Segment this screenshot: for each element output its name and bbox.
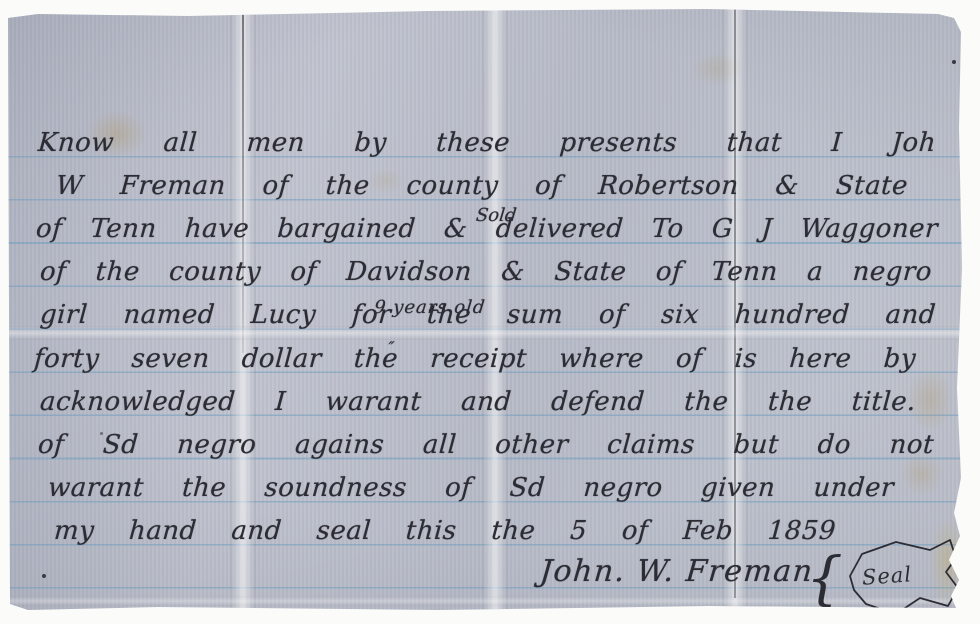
document-line: W Freman of the county of Robertson & St… bbox=[55, 169, 909, 203]
document-line: warant the soundness of Sd negro given u… bbox=[47, 471, 895, 505]
document-line: acknowledged I warant and defend the the… bbox=[39, 385, 917, 419]
document-line: forty seven dollar the receipt where of … bbox=[33, 342, 917, 376]
interlinear-insertion-sold: Sold bbox=[475, 206, 518, 226]
seal-label: Seal bbox=[861, 562, 913, 589]
paper-stain bbox=[690, 52, 744, 86]
signature: John. W. Freman bbox=[538, 552, 815, 592]
interlinear-insertion-age: 9 years old bbox=[373, 298, 487, 318]
document-line: Know all men by these presents that I Jo… bbox=[37, 126, 937, 160]
document-line: of the county of Davidson & State of Ten… bbox=[39, 255, 933, 289]
seal-brace: { bbox=[806, 540, 843, 616]
ink-speck bbox=[42, 574, 46, 578]
document-line: of Sd negro agains all other claims but … bbox=[37, 428, 935, 462]
hand-drawn-seal: { Seal bbox=[804, 534, 966, 622]
ink-speck bbox=[952, 60, 956, 64]
document-line: girl named Lucy for the sum of six hundr… bbox=[39, 298, 937, 332]
document-line: my hand and seal this the 5 of Feb 1859 bbox=[53, 514, 837, 548]
scanned-document: Know all men by these presents that I Jo… bbox=[0, 0, 980, 624]
paper-sheet: Know all men by these presents that I Jo… bbox=[8, 8, 962, 612]
